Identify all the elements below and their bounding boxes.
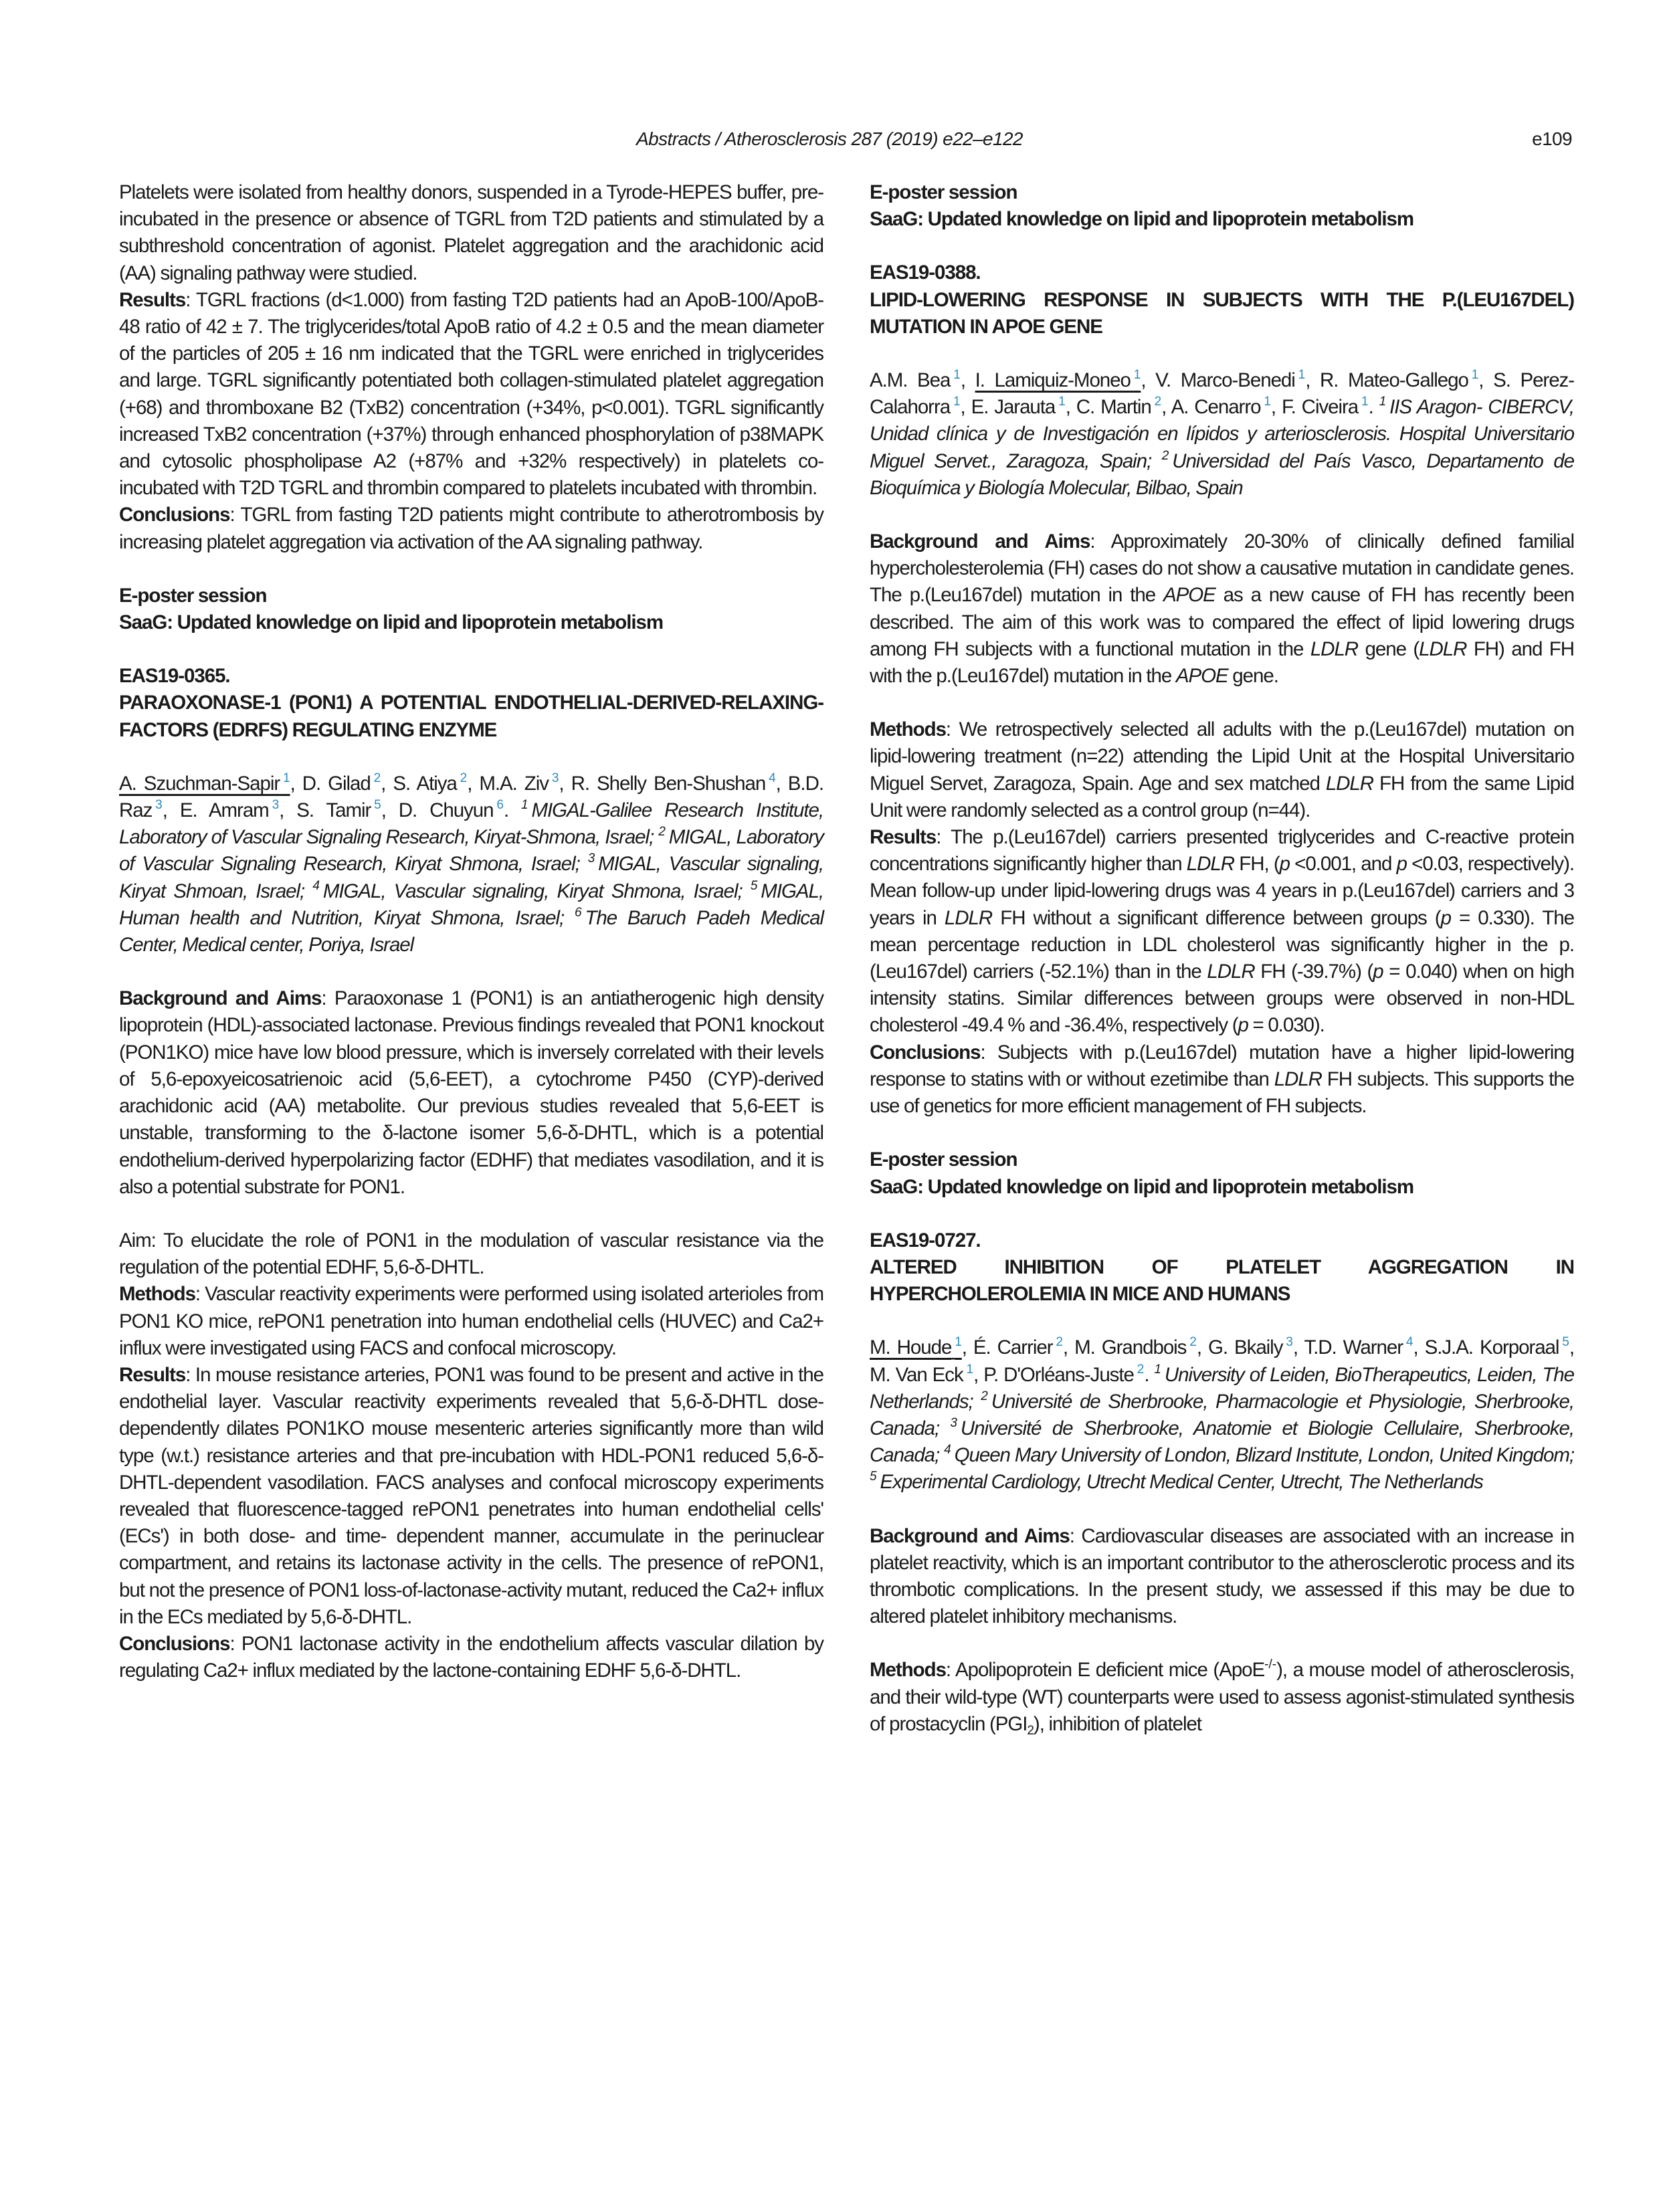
author: S. Atiya [393,773,456,795]
running-head: Abstracts / Atherosclerosis 287 (2019) e… [0,128,1659,155]
abstract-code: EAS19-0388. [870,260,1574,286]
session-heading: E-poster session [119,583,823,609]
results-label: Results [119,289,185,311]
results-text: : In mouse resistance arteries, PON1 was… [119,1364,823,1628]
author: A. Cenarro [1171,396,1261,418]
results-paragraph: Results: The p.(Leu167del) carriers pres… [870,824,1574,1039]
abstract-code: EAS19-0365. [119,663,823,690]
results-label: Results [870,826,936,848]
methods-continued: Platelets were isolated from healthy don… [119,179,823,287]
results-label: Results [119,1364,185,1386]
abstract-title: PARAOXONASE-1 (PON1) A POTENTIAL ENDOTHE… [119,690,823,743]
author: A.M. Bea [870,369,950,391]
background-paragraph: Background and Aims: Paraoxonase 1 (PON1… [119,985,823,1201]
author: D. Gilad [302,773,371,795]
conclusions-paragraph: Conclusions: Subjects with p.(Leu167del)… [870,1039,1574,1120]
abstract-title: ALTERED INHIBITION OF PLATELET AGGREGATI… [870,1254,1574,1308]
author: C. Martin [1076,396,1151,418]
methods-text: : Vascular reactivity experiments were p… [119,1283,823,1359]
background-paragraph: Background and Aims: Cardiovascular dise… [870,1523,1574,1631]
session-heading: E-poster session [870,1146,1574,1173]
conclusions-paragraph: Conclusions: TGRL from fasting T2D patie… [119,502,823,555]
author-list: A. Szuchman-Sapir 1, D. Gilad 2, S. Atiy… [119,771,823,959]
author: S. Tamir [296,799,371,821]
author: M.A. Ziv [479,773,549,795]
author: E. Amram [180,799,269,821]
abstract-code: EAS19-0727. [870,1227,1574,1254]
conclusions-label: Conclusions [870,1041,980,1064]
methods-paragraph: Methods: Vascular reactivity experiments… [119,1281,823,1362]
author: T.D. Warner [1304,1336,1403,1359]
author: E. Jarauta [971,396,1056,418]
results-text: : TGRL fractions (d<1.000) from fasting … [119,289,823,499]
author: S.J.A. Korporaal [1425,1336,1559,1359]
background-paragraph: Background and Aims: Approximately 20-30… [870,528,1574,690]
author-list: M. Houde 1, É. Carrier 2, M. Grandbois 2… [870,1334,1574,1496]
left-column: Platelets were isolated from healthy don… [119,179,823,1684]
author: É. Carrier [973,1336,1053,1359]
results-paragraph: Results: TGRL fractions (d<1.000) from f… [119,287,823,502]
conclusions-paragraph: Conclusions: PON1 lactonase activity in … [119,1631,823,1684]
session-heading: E-poster session [870,179,1574,206]
author: G. Bkaily [1208,1336,1282,1359]
background-text: : Paraoxonase 1 (PON1) is an antiatherog… [119,987,823,1197]
author: D. Chuyun [399,799,494,821]
right-column: E-poster session SaaG: Updated knowledge… [870,179,1574,1738]
methods-label: Methods [870,718,946,740]
author: R. Shelly Ben-Shushan [571,773,766,795]
author: F. Civeira [1282,396,1358,418]
session-topic: SaaG: Updated knowledge on lipid and lip… [870,206,1574,233]
abstract-eas19-0727: E-poster session SaaG: Updated knowledge… [870,1146,1574,1738]
aim-paragraph: Aim: To elucidate the role of PON1 in th… [119,1227,823,1281]
background-label: Background and Aims [870,530,1090,552]
author: R. Mateo-Gallego [1320,369,1468,391]
session-topic: SaaG: Updated knowledge on lipid and lip… [119,609,823,636]
results-paragraph: Results: In mouse resistance arteries, P… [119,1362,823,1631]
background-label: Background and Aims [119,987,321,1009]
abstract-eas19-0388: E-poster session SaaG: Updated knowledge… [870,179,1574,1120]
author: V. Marco-Benedi [1155,369,1295,391]
affiliations: 1 University of Leiden, BioTherapeutics,… [870,1364,1574,1494]
author-presenting: I. Lamiquiz-Moneo 1 [975,369,1141,391]
continued-abstract: Platelets were isolated from healthy don… [119,179,823,556]
session-topic: SaaG: Updated knowledge on lipid and lip… [870,1174,1574,1201]
page-number: e109 [1532,128,1572,150]
conclusions-label: Conclusions [119,504,229,526]
affiliations: 1 MIGAL-Galilee Research Institute, Labo… [119,799,823,956]
conclusions-label: Conclusions [119,1633,229,1655]
author-presenting: A. Szuchman-Sapir 1 [119,773,290,795]
author: P. D'Orléans-Juste [983,1364,1134,1386]
author-list: A.M. Bea 1, I. Lamiquiz-Moneo 1, V. Marc… [870,367,1574,502]
journal-running-title: Abstracts / Atherosclerosis 287 (2019) e… [0,128,1659,150]
background-label: Background and Aims [870,1525,1070,1547]
author-presenting: M. Houde 1 [870,1336,962,1359]
abstract-title: LIPID-LOWERING RESPONSE IN SUBJECTS WITH… [870,287,1574,340]
methods-paragraph: Methods: Apolipoprotein E deficient mice… [870,1657,1574,1738]
methods-label: Methods [870,1659,946,1681]
methods-label: Methods [119,1283,195,1305]
abstract-eas19-0365: E-poster session SaaG: Updated knowledge… [119,583,823,1685]
author: M. Grandbois [1074,1336,1186,1359]
methods-paragraph: Methods: We retrospectively selected all… [870,716,1574,824]
author: M. Van Eck [870,1364,963,1386]
